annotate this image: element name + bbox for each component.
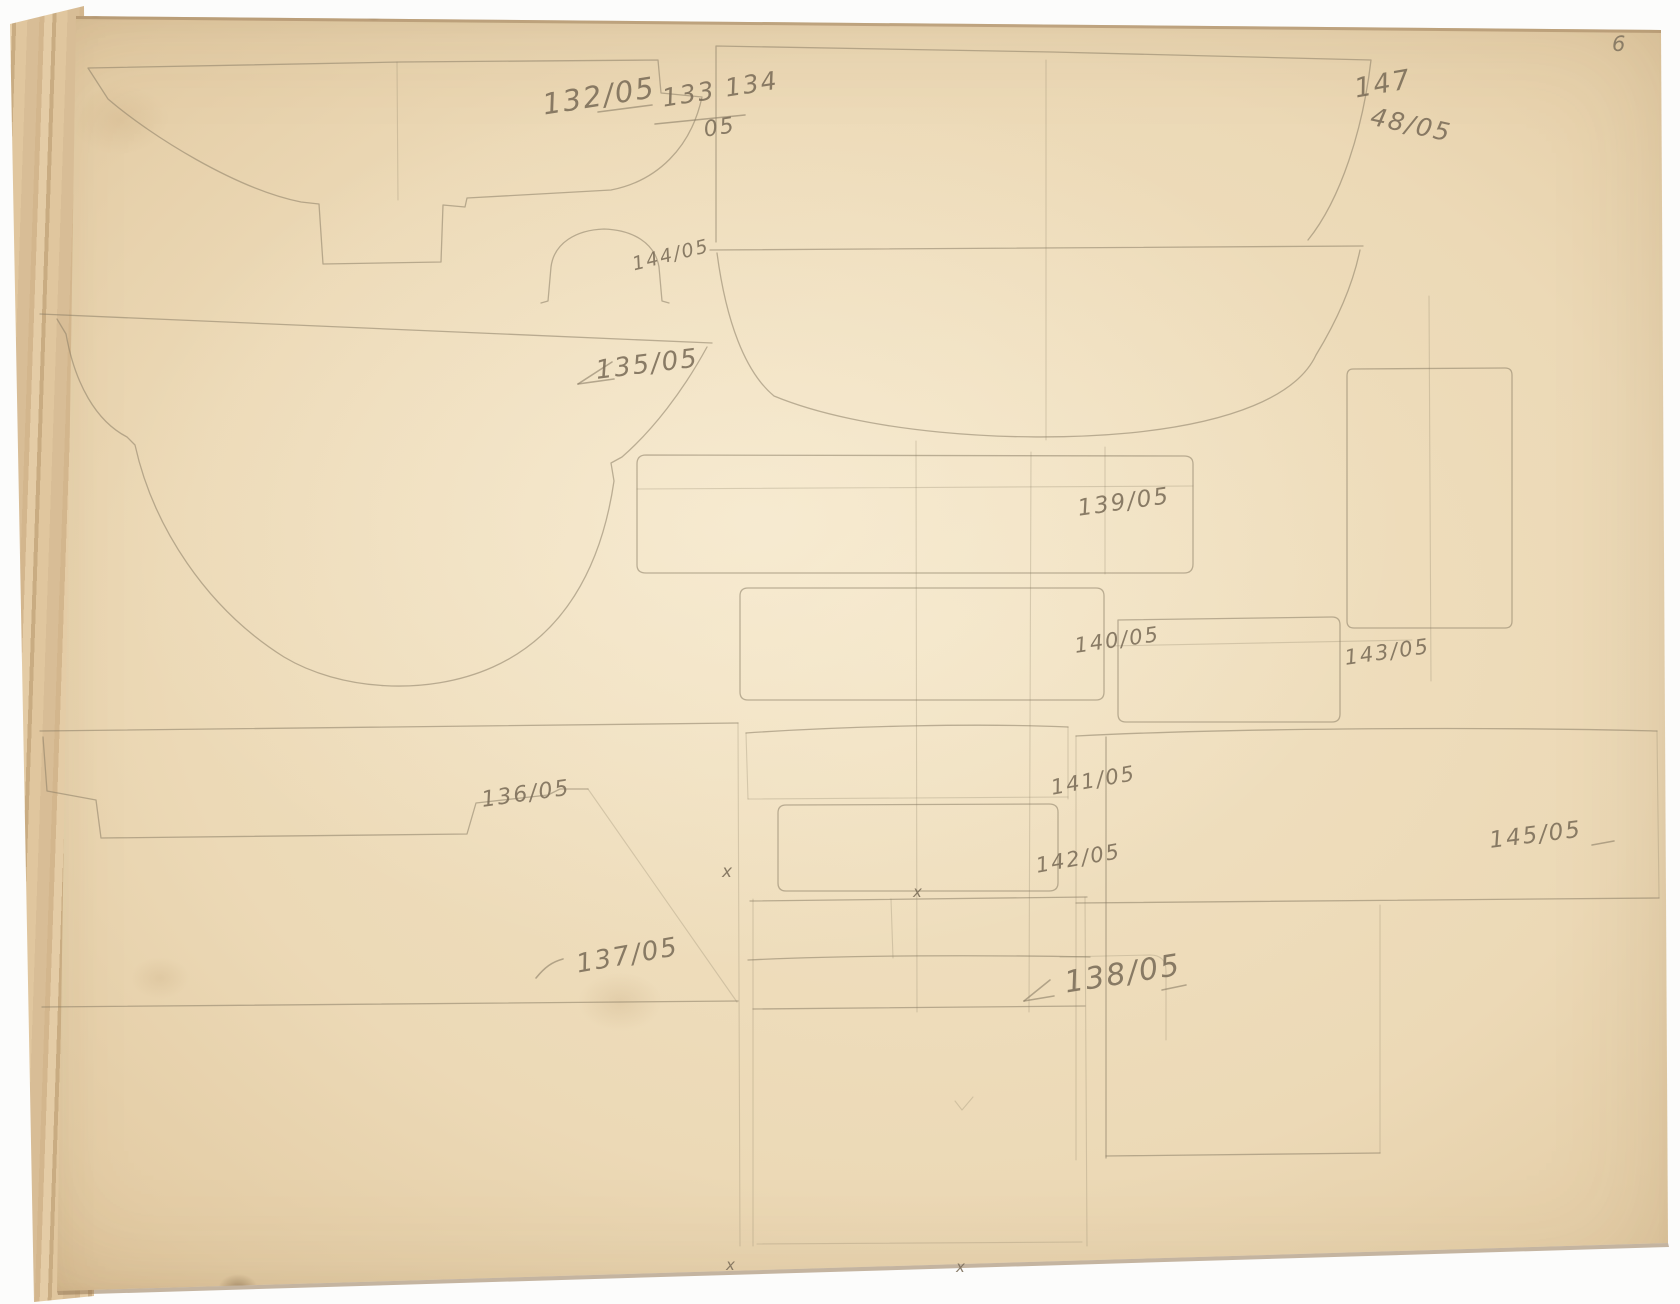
sketch-shape-lower-bowl [710,246,1363,437]
inventory-label-133-134-denominator: 05 [702,113,738,143]
sketch-shape-147-panel [716,46,1371,440]
sketch-shape-136-panel [40,723,740,1246]
x-mark: x [722,862,734,882]
sketch-shape-145-region [1076,729,1659,1160]
sketch-shape-142-rect [778,804,1058,891]
sketch-shape-140-rect [740,588,1104,700]
x-mark: x [913,883,924,901]
x-mark: x [956,1258,967,1276]
sketch-shape-141-panel [746,725,1068,799]
sketch-shape-139-rect [637,441,1193,1012]
sketch-shape-tall-rect [1347,296,1512,681]
scanned-page: 132/05 133 134 05 147 48/05 144/05 135/0… [0,0,1680,1304]
x-mark: x [726,1256,737,1274]
sketch-shape-bottom-column [748,897,1186,1246]
page-number: 6 [1612,32,1625,56]
